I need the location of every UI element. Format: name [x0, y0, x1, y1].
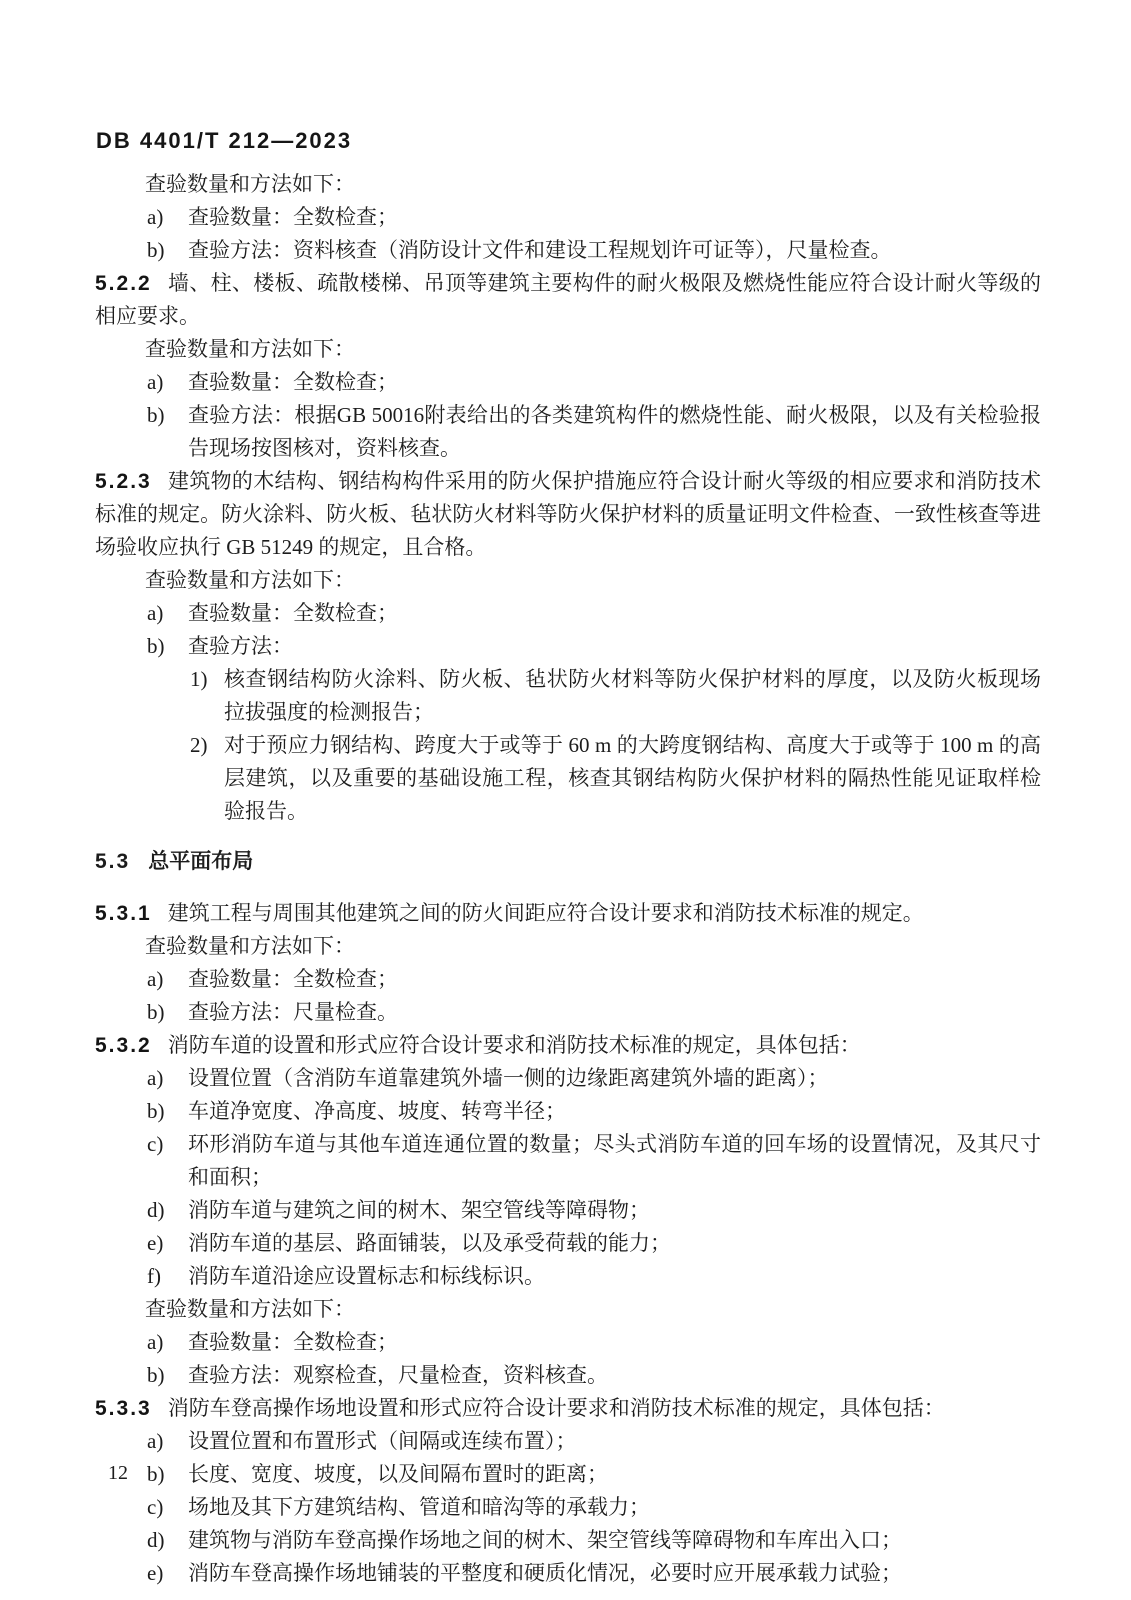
list-item-text: 消防车道的基层、路面铺装，以及承受荷载的能力；: [188, 1231, 671, 1255]
clause-number: 5.3.2: [95, 1034, 152, 1057]
clause-number: 5.2.3: [95, 470, 152, 493]
list-item-label: d): [147, 1524, 165, 1557]
block-list: a)查验数量：全数检查；: [147, 963, 1041, 996]
block-list: c)环形消防车道与其他车道连通位置的数量；尽头式消防车道的回车场的设置情况，及其…: [147, 1128, 1041, 1194]
list-item-text: 查验方法：尺量检查。: [188, 1000, 398, 1024]
list-item-label: a): [147, 1062, 163, 1095]
list-item-label: a): [147, 1326, 163, 1359]
list-item-label: a): [147, 597, 163, 630]
page-number: 12: [108, 1462, 128, 1485]
block-list: a)查验数量：全数检查；: [147, 597, 1041, 630]
block-list: f)消防车道沿途应设置标志和标线标识。: [147, 1260, 1041, 1293]
list-item-text: 设置位置（含消防车道靠建筑外墙一侧的边缘距离建筑外墙的距离）；: [188, 1066, 829, 1090]
block-list: a)设置位置（含消防车道靠建筑外墙一侧的边缘距离建筑外墙的距离）；: [147, 1062, 1041, 1095]
block-clause: 5.3.2消防车道的设置和形式应符合设计要求和消防技术标准的规定，具体包括：: [95, 1029, 1041, 1062]
clause-text: 消防车道的设置和形式应符合设计要求和消防技术标准的规定，具体包括：: [168, 1033, 861, 1057]
block-plain: 查验数量和方法如下：: [145, 168, 1041, 201]
list-item-text: 核查钢结构防火涂料、防火板、毡状防火材料等防火保护材料的厚度，以及防火板现场拉拔…: [224, 667, 1041, 724]
list-item-text: 查验数量：全数检查；: [188, 1330, 398, 1354]
list-item-label: b): [147, 1359, 165, 1392]
list-item-text: 查验数量：全数检查；: [188, 205, 398, 229]
block-sublist: 2)对于预应力钢结构、跨度大于或等于 60 m 的大跨度钢结构、高度大于或等于 …: [190, 729, 1041, 828]
block-plain: 查验数量和方法如下：: [145, 930, 1041, 963]
block-clause: 5.2.2墙、柱、楼板、疏散楼梯、吊顶等建筑主要构件的耐火极限及燃烧性能应符合设…: [95, 267, 1041, 333]
list-item-label: b): [147, 1095, 165, 1128]
list-item-text: 场地及其下方建筑结构、管道和暗沟等的承载力；: [188, 1495, 650, 1519]
list-item-label: 1): [190, 663, 208, 696]
block-list: b)长度、宽度、坡度，以及间隔布置时的距离；: [147, 1458, 1041, 1491]
list-item-text: 查验方法：资料核查（消防设计文件和建设工程规划许可证等），尺量检查。: [188, 238, 892, 262]
list-item-text: 查验方法：: [188, 634, 293, 658]
block-sublist: 1)核查钢结构防火涂料、防火板、毡状防火材料等防火保护材料的厚度，以及防火板现场…: [190, 663, 1041, 729]
list-item-text: 查验方法：根据GB 50016附表给出的各类建筑构件的燃烧性能、耐火极限，以及有…: [188, 403, 1041, 460]
block-list: b)查验方法：: [147, 630, 1041, 663]
block-plain: 查验数量和方法如下：: [145, 333, 1041, 366]
list-item-text: 建筑物与消防车登高操作场地之间的树木、架空管线等障碍物和车库出入口；: [188, 1528, 902, 1552]
block-plain: 查验数量和方法如下：: [145, 1293, 1041, 1326]
standard-code-header: DB 4401/T 212—2023: [96, 128, 352, 154]
clause-text: 建筑工程与周围其他建筑之间的防火间距应符合设计要求和消防技术标准的规定。: [168, 901, 924, 925]
list-item-label: e): [147, 1557, 163, 1590]
block-list: d)消防车道与建筑之间的树木、架空管线等障碍物；: [147, 1194, 1041, 1227]
block-list: b)查验方法：资料核查（消防设计文件和建设工程规划许可证等），尺量检查。: [147, 234, 1041, 267]
list-item-text: 查验数量：全数检查；: [188, 967, 398, 991]
block-list: b)车道净宽度、净高度、坡度、转弯半径；: [147, 1095, 1041, 1128]
list-item-text: 设置位置和布置形式（间隔或连续布置）；: [188, 1429, 577, 1453]
list-item-text: 查验方法：观察检查，尺量检查，资料核查。: [188, 1363, 608, 1387]
list-item-text: 环形消防车道与其他车道连通位置的数量；尽头式消防车道的回车场的设置情况，及其尺寸…: [188, 1132, 1041, 1189]
clause-number: 5.3.1: [95, 902, 152, 925]
list-item-label: a): [147, 201, 163, 234]
block-heading: 5.3总平面布局: [95, 845, 1041, 878]
block-list: b)查验方法：根据GB 50016附表给出的各类建筑构件的燃烧性能、耐火极限，以…: [147, 399, 1041, 465]
list-item-text: 查验数量：全数检查；: [188, 601, 398, 625]
list-item-text: 消防车道与建筑之间的树木、架空管线等障碍物；: [188, 1198, 650, 1222]
list-item-label: 2): [190, 729, 208, 762]
list-item-text: 长度、宽度、坡度，以及间隔布置时的距离；: [188, 1462, 608, 1486]
block-clause: 5.2.3建筑物的木结构、钢结构构件采用的防火保护措施应符合设计耐火等级的相应要…: [95, 465, 1041, 564]
list-item-label: f): [147, 1260, 161, 1293]
list-item-label: d): [147, 1194, 165, 1227]
clause-text: 消防车登高操作场地设置和形式应符合设计要求和消防技术标准的规定，具体包括：: [168, 1396, 945, 1420]
document-body: 查验数量和方法如下：a)查验数量：全数检查；b)查验方法：资料核查（消防设计文件…: [95, 168, 1041, 1590]
list-item-label: a): [147, 366, 163, 399]
list-item-label: a): [147, 1425, 163, 1458]
block-list: a)设置位置和布置形式（间隔或连续布置）；: [147, 1425, 1041, 1458]
clause-text: 建筑物的木结构、钢结构构件采用的防火保护措施应符合设计耐火等级的相应要求和消防技…: [95, 469, 1041, 559]
block-list: a)查验数量：全数检查；: [147, 366, 1041, 399]
block-list: d)建筑物与消防车登高操作场地之间的树木、架空管线等障碍物和车库出入口；: [147, 1524, 1041, 1557]
clause-number: 5.3.3: [95, 1397, 152, 1420]
list-item-label: b): [147, 630, 165, 663]
section-title: 总平面布局: [148, 850, 253, 873]
section-number: 5.3: [95, 850, 130, 873]
list-item-label: c): [147, 1491, 163, 1524]
list-item-label: b): [147, 1458, 165, 1491]
block-list: b)查验方法：观察检查，尺量检查，资料核查。: [147, 1359, 1041, 1392]
block-list: c)场地及其下方建筑结构、管道和暗沟等的承载力；: [147, 1491, 1041, 1524]
list-item-text: 车道净宽度、净高度、坡度、转弯半径；: [188, 1099, 566, 1123]
list-item-label: b): [147, 399, 165, 432]
block-clause: 5.3.3消防车登高操作场地设置和形式应符合设计要求和消防技术标准的规定，具体包…: [95, 1392, 1041, 1425]
document-page: DB 4401/T 212—2023 查验数量和方法如下：a)查验数量：全数检查…: [0, 0, 1131, 1600]
list-item-label: c): [147, 1128, 163, 1161]
list-item-label: b): [147, 234, 165, 267]
list-item-text: 消防车登高操作场地铺装的平整度和硬质化情况，必要时应开展承载力试验；: [188, 1561, 902, 1585]
clause-number: 5.2.2: [95, 272, 152, 295]
block-list: b)查验方法：尺量检查。: [147, 996, 1041, 1029]
list-item-text: 对于预应力钢结构、跨度大于或等于 60 m 的大跨度钢结构、高度大于或等于 10…: [224, 733, 1041, 823]
block-clause: 5.3.1建筑工程与周围其他建筑之间的防火间距应符合设计要求和消防技术标准的规定…: [95, 897, 1041, 930]
list-item-text: 消防车道沿途应设置标志和标线标识。: [188, 1264, 545, 1288]
list-item-label: e): [147, 1227, 163, 1260]
block-list: e)消防车道的基层、路面铺装，以及承受荷载的能力；: [147, 1227, 1041, 1260]
clause-text: 墙、柱、楼板、疏散楼梯、吊顶等建筑主要构件的耐火极限及燃烧性能应符合设计耐火等级…: [95, 271, 1041, 328]
block-list: a)查验数量：全数检查；: [147, 1326, 1041, 1359]
block-list: e)消防车登高操作场地铺装的平整度和硬质化情况，必要时应开展承载力试验；: [147, 1557, 1041, 1590]
block-list: a)查验数量：全数检查；: [147, 201, 1041, 234]
list-item-text: 查验数量：全数检查；: [188, 370, 398, 394]
list-item-label: b): [147, 996, 165, 1029]
list-item-label: a): [147, 963, 163, 996]
block-plain: 查验数量和方法如下：: [145, 564, 1041, 597]
